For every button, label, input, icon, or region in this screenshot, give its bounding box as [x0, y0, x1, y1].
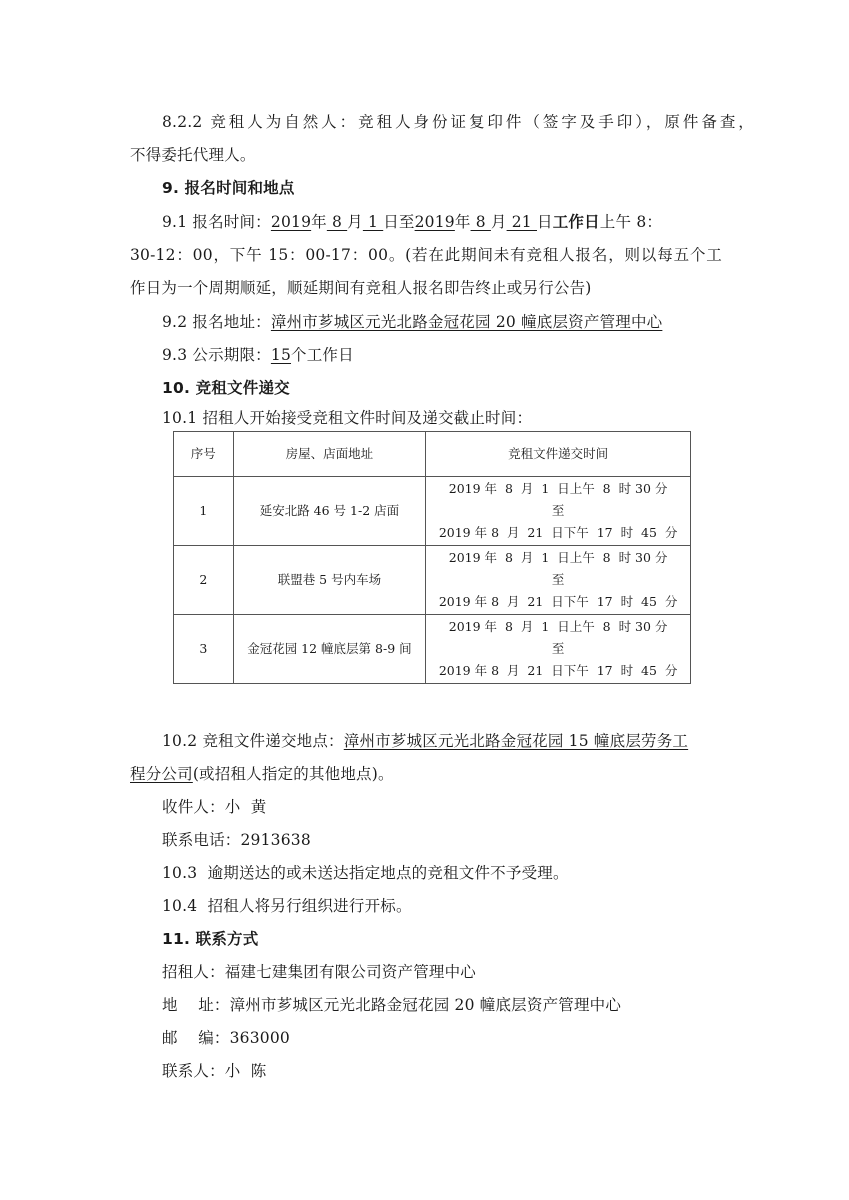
header-time: 竞租文件递交时间 — [426, 432, 691, 477]
para-9-1-line2: 30-12：00，下午 15：00-17：00。(若在此期间未有竞租人报名，则以… — [130, 245, 722, 265]
contact-address: 地 址：漳州市芗城区元光北路金冠花园 20 幢底层资产管理中心 — [162, 995, 754, 1015]
para-9-3-suffix: 个工作日 — [291, 346, 354, 364]
para-9-1-suffix: 上午 8： — [600, 213, 662, 231]
cell-no: 3 — [174, 615, 234, 684]
receiver: 收件人：小 黄 — [162, 797, 754, 817]
para-9-3: 9.3 公示期限：15个工作日 — [162, 345, 754, 365]
text: 年 — [455, 213, 471, 231]
submission-address-part1: 漳州市芗城区元光北路金冠花园 15 幢底层劳务工 — [344, 732, 688, 750]
para-8-2-2-line2: 不得委托代理人。 — [130, 145, 722, 165]
para-9-1-line1: 9.1 报名时间：2019年 8 月 1 日至2019年 8 月 21 日工作日… — [162, 212, 754, 232]
section-9-heading: 9. 报名时间和地点 — [162, 178, 754, 198]
time-to: 至 — [426, 500, 690, 522]
registration-address: 漳州市芗城区元光北路金冠花园 20 幢底层资产管理中心 — [271, 313, 662, 331]
para-10-2-prefix: 10.2 竞租文件递交地点： — [162, 732, 344, 750]
reg-end-year: 2019 — [415, 213, 455, 231]
text: 月 — [347, 213, 363, 231]
time-to: 至 — [426, 638, 690, 660]
text: 年 — [311, 213, 327, 231]
time-end: 2019 年 8 月 21 日下午 17 时 45 分 — [426, 591, 690, 613]
contact-person: 联系人：小 陈 — [162, 1061, 754, 1081]
para-9-1-line3: 作日为一个周期顺延，顺延期间有竞租人报名即告终止或另行公告) — [130, 278, 722, 298]
para-9-2: 9.2 报名地址：漳州市芗城区元光北路金冠花园 20 幢底层资产管理中心 — [162, 312, 754, 332]
text: 日 — [537, 213, 553, 231]
header-no: 序号 — [174, 432, 234, 477]
phone: 联系电话：2913638 — [162, 830, 754, 850]
publicity-days: 15 — [271, 346, 291, 364]
document-page: 8.2.2 竞租人为自然人：竞租人身份证复印件（签字及手印），原件备查， 不得委… — [0, 0, 849, 1200]
para-9-2-prefix: 9.2 报名地址： — [162, 313, 271, 331]
reg-end-day: 21 — [507, 213, 537, 231]
cell-time: 2019 年 8 月 1 日上午 8 时 30 分 至 2019 年 8 月 2… — [426, 546, 691, 615]
para-10-3: 10.3 逾期送达的或未送达指定地点的竞租文件不予受理。 — [162, 863, 754, 883]
para-10-2-line2: 程分公司(或招租人指定的其他地点)。 — [130, 764, 722, 784]
table-row: 2 联盟巷 5 号内车场 2019 年 8 月 1 日上午 8 时 30 分 至… — [174, 546, 691, 615]
time-end: 2019 年 8 月 21 日下午 17 时 45 分 — [426, 522, 690, 544]
cell-time: 2019 年 8 月 1 日上午 8 时 30 分 至 2019 年 8 月 2… — [426, 477, 691, 546]
submission-schedule-table: 序号 房屋、店面地址 竞租文件递交时间 1 延安北路 46 号 1-2 店面 2… — [173, 431, 691, 684]
reg-start-month: 8 — [327, 213, 347, 231]
para-8-2-2-line1: 8.2.2 竞租人为自然人：竞租人身份证复印件（签字及手印），原件备查， — [162, 112, 754, 132]
text: 日至 — [383, 213, 414, 231]
reg-start-day: 1 — [363, 213, 383, 231]
time-end: 2019 年 8 月 21 日下午 17 时 45 分 — [426, 660, 690, 682]
para-10-2-suffix: (或招租人指定的其他地点)。 — [193, 765, 394, 783]
cell-no: 2 — [174, 546, 234, 615]
cell-address: 延安北路 46 号 1-2 店面 — [233, 477, 426, 546]
submission-address-part2: 程分公司 — [130, 765, 193, 783]
para-10-1: 10.1 招租人开始接受竞租文件时间及递交截止时间： — [162, 408, 754, 428]
para-10-4: 10.4 招租人将另行组织进行开标。 — [162, 896, 754, 916]
cell-address: 金冠花园 12 幢底层第 8-9 间 — [233, 615, 426, 684]
workday-label: 工作日 — [553, 213, 600, 231]
cell-no: 1 — [174, 477, 234, 546]
para-9-3-prefix: 9.3 公示期限： — [162, 346, 271, 364]
reg-start-year: 2019 — [271, 213, 311, 231]
section-10-heading: 10. 竞租文件递交 — [162, 378, 754, 398]
para-9-1-prefix: 9.1 报名时间： — [162, 213, 271, 231]
para-10-2-line1: 10.2 竞租文件递交地点：漳州市芗城区元光北路金冠花园 15 幢底层劳务工 — [162, 731, 754, 751]
cell-address: 联盟巷 5 号内车场 — [233, 546, 426, 615]
time-to: 至 — [426, 569, 690, 591]
time-start: 2019 年 8 月 1 日上午 8 时 30 分 — [426, 616, 690, 638]
cell-time: 2019 年 8 月 1 日上午 8 时 30 分 至 2019 年 8 月 2… — [426, 615, 691, 684]
time-start: 2019 年 8 月 1 日上午 8 时 30 分 — [426, 547, 690, 569]
reg-end-month: 8 — [471, 213, 491, 231]
section-11-heading: 11. 联系方式 — [162, 929, 754, 949]
postcode: 邮 编：363000 — [162, 1028, 754, 1048]
text: 月 — [491, 213, 507, 231]
header-address: 房屋、店面地址 — [233, 432, 426, 477]
table-row: 1 延安北路 46 号 1-2 店面 2019 年 8 月 1 日上午 8 时 … — [174, 477, 691, 546]
lessor: 招租人：福建七建集团有限公司资产管理中心 — [162, 962, 754, 982]
time-start: 2019 年 8 月 1 日上午 8 时 30 分 — [426, 478, 690, 500]
table-header-row: 序号 房屋、店面地址 竞租文件递交时间 — [174, 432, 691, 477]
table-row: 3 金冠花园 12 幢底层第 8-9 间 2019 年 8 月 1 日上午 8 … — [174, 615, 691, 684]
